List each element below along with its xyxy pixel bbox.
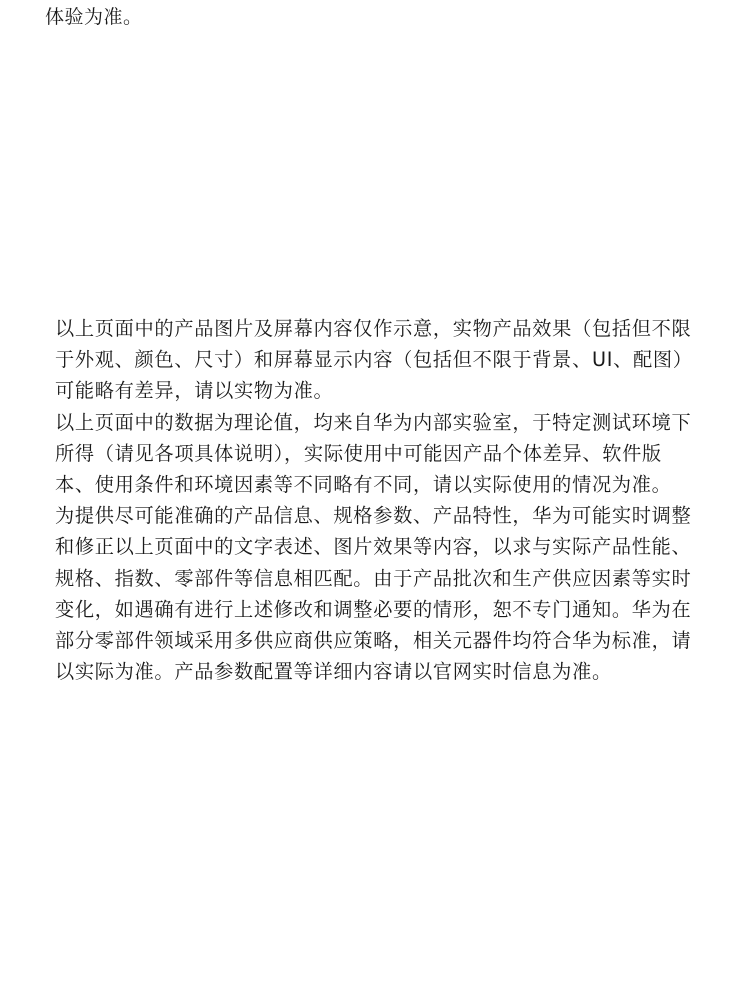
disclaimer-line: 以上页面中的数据为理论值，均来自华为内部实验室，于特定测试环境下 — [55, 407, 700, 438]
disclaimer-block: 以上页面中的产品图片及屏幕内容仅作示意，实物产品效果（包括但不限 于外观、颜色、… — [55, 313, 700, 687]
disclaimer-line: 为提供尽可能准确的产品信息、规格参数、产品特性，华为可能实时调整 — [55, 500, 700, 531]
disclaimer-line: 部分零部件领域采用多供应商供应策略，相关元器件均符合华为标准，请 — [55, 625, 700, 656]
top-text-fragment: 体验为准。 — [45, 4, 143, 30]
disclaimer-line: 变化，如遇确有进行上述修改和调整必要的情形，恕不专门通知。华为在 — [55, 594, 700, 625]
disclaimer-line: 可能略有差异，请以实物为准。 — [55, 375, 700, 406]
disclaimer-line: 本、使用条件和环境因素等不同略有不同，请以实际使用的情况为准。 — [55, 469, 700, 500]
disclaimer-line: 规格、指数、零部件等信息相匹配。由于产品批次和生产供应因素等实时 — [55, 563, 700, 594]
disclaimer-line: 和修正以上页面中的文字表述、图片效果等内容，以求与实际产品性能、 — [55, 531, 700, 562]
disclaimer-line: 以实际为准。产品参数配置等详细内容请以官网实时信息为准。 — [55, 656, 700, 687]
disclaimer-line: 以上页面中的产品图片及屏幕内容仅作示意，实物产品效果（包括但不限 — [55, 313, 700, 344]
disclaimer-line: 所得（请见各项具体说明），实际使用中可能因产品个体差异、软件版 — [55, 438, 700, 469]
disclaimer-line: 于外观、颜色、尺寸）和屏幕显示内容（包括但不限于背景、UI、配图） — [55, 344, 700, 375]
